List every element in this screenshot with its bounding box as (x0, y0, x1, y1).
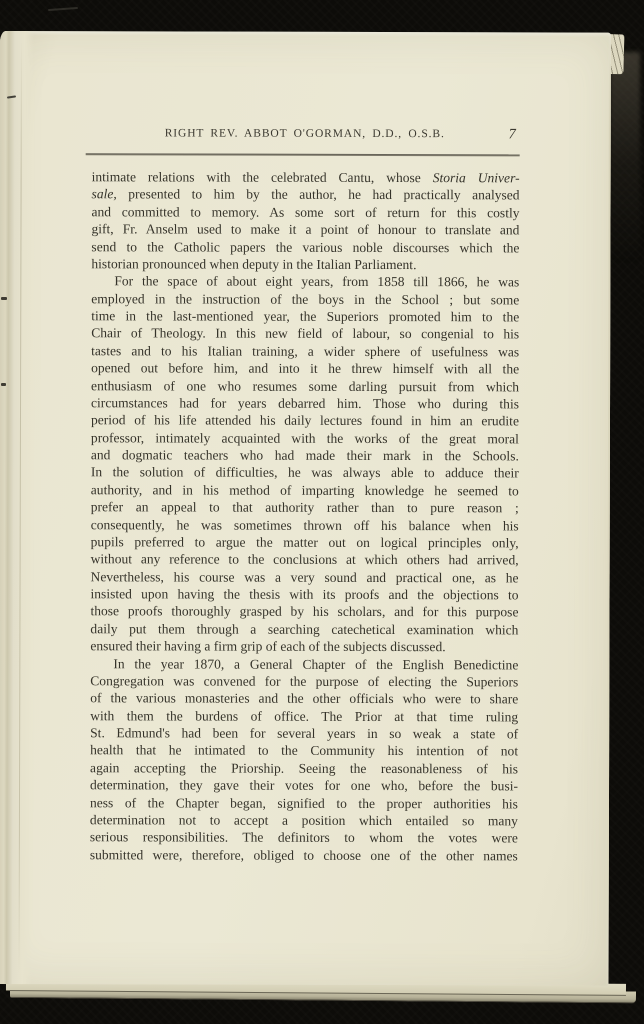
text-line: tastes and to his Italian training, a wi… (91, 342, 519, 360)
text-line: historian pronounced when deputy in the … (91, 255, 519, 273)
header-rule (86, 153, 520, 156)
text-line: prefer an appeal to that authority rathe… (91, 498, 519, 516)
book-page: RIGHT REV. ABBOT O'GORMAN, D.D., O.S.B. … (0, 31, 611, 986)
text-line: professor, intimately acquainted with th… (91, 429, 519, 447)
text-line: insisted upon having the thesis with its… (91, 585, 519, 603)
text-line: and dogmatic teachers who had made their… (91, 446, 519, 464)
text-line: intimate relations with the celebrated C… (92, 168, 520, 186)
text-line: determination, they gave their votes for… (90, 776, 518, 794)
book-fore-edge-sheen (610, 52, 640, 262)
text-line: with them the burdens of office. The Pri… (90, 707, 518, 725)
text-line: daily put them through a searching catec… (90, 620, 518, 638)
text-line: those proofs thoroughly grasped by his s… (90, 603, 518, 621)
page-header: RIGHT REV. ABBOT O'GORMAN, D.D., O.S.B. … (90, 127, 520, 146)
text-line: health that he intimated to the Communit… (90, 742, 518, 760)
text-line: submitted were, therefore, obliged to ch… (90, 846, 518, 864)
text-line: authority, and in his method of impartin… (91, 481, 519, 499)
page-gutter-shadow (0, 31, 34, 984)
text-line: without any reference to the conclusions… (91, 550, 519, 568)
text-line: For the space of about eight years, from… (91, 272, 519, 290)
text-line: Chair of Theology. In this new field of … (91, 325, 519, 343)
text-line: In the solution of difficulties, he was … (91, 464, 519, 482)
page-edge-mark (1, 383, 6, 386)
text-line: sale, presented to him by the author, he… (92, 186, 520, 204)
text-line: period of his life attended his daily le… (91, 411, 519, 429)
page-edge-highlight (607, 39, 611, 954)
running-title: RIGHT REV. ABBOT O'GORMAN, D.D., O.S.B. (90, 127, 520, 140)
text-line: St. Edmund's had been for several years … (90, 724, 518, 742)
text-line: and committed to memory. As some sort of… (92, 203, 520, 221)
text-line: again accepting the Priorship. Seeing th… (90, 759, 518, 777)
text-line: In the year 1870, a General Chapter of t… (90, 655, 518, 673)
text-line: consequently, he was sometimes thrown of… (91, 516, 519, 534)
text-line: ensured their having a firm grip of each… (90, 637, 518, 655)
text-line: Nevertheless, his course was a very soun… (91, 568, 519, 586)
text-line: pupils preferred to argue the matter out… (91, 533, 519, 551)
text-line: gift, Fr. Anselm used to make it a point… (91, 220, 519, 238)
text-line: send to the Catholic papers the various … (91, 238, 519, 256)
background-scratch-mark (48, 7, 78, 11)
text-line: enthusiasm of one who resumes some darli… (91, 377, 519, 395)
text-line: opened out before him, and into it he th… (91, 359, 519, 377)
text-line: employed in the instruction of the boys … (91, 290, 519, 308)
text-line: Congregation was convened for the purpos… (90, 672, 518, 690)
text-line: time in the last-mentioned year, the Sup… (91, 307, 519, 325)
text-line: of the various monasteries and the other… (90, 689, 518, 707)
book-scan-photo: RIGHT REV. ABBOT O'GORMAN, D.D., O.S.B. … (0, 0, 644, 1024)
text-line: circumstances had for years debarred him… (91, 394, 519, 412)
page-number: 7 (508, 126, 515, 143)
text-line: serious responsibilities. The definitors… (90, 828, 518, 846)
page-body-text: intimate relations with the celebrated C… (90, 168, 520, 864)
text-line: determination not to accept a position w… (90, 811, 518, 829)
text-line: ness of the Chapter began, signified to … (90, 794, 518, 812)
page-edge-mark (1, 297, 7, 300)
